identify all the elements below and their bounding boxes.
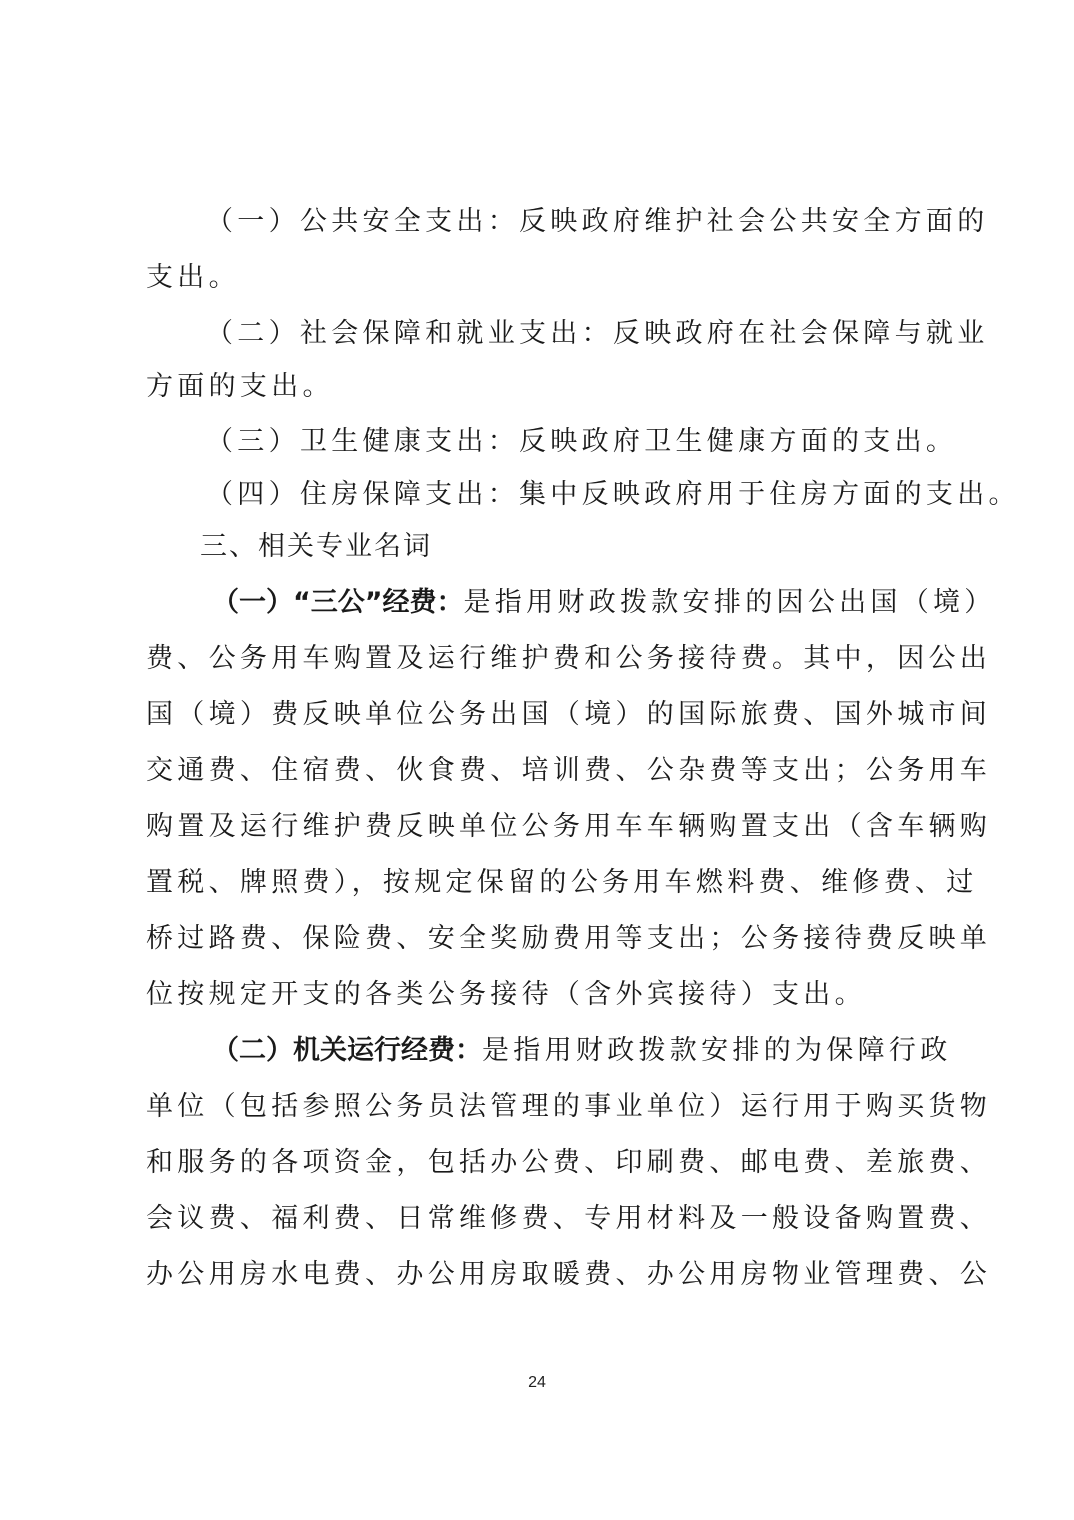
paragraph-public-security-line-2: 支出。 xyxy=(146,260,936,296)
term-three-public-expenses-line-1: （一）“三公”经费：是指用财政拨款安排的因公出国（境） xyxy=(212,585,936,621)
term-three-public-expenses-line: 交通费、住宿费、伙食费、培训费、公杂费等支出；公务用车 xyxy=(146,753,936,789)
term-agency-operating-expenses-line: 会议费、福利费、日常维修费、专用材料及一般设备购置费、 xyxy=(146,1201,936,1237)
document-page: （一）公共安全支出：反映政府维护社会公共安全方面的 支出。 （二）社会保障和就业… xyxy=(0,0,1074,1520)
term-three-public-expenses-line: 购置及运行维护费反映单位公务用车车辆购置支出（含车辆购 xyxy=(146,809,936,845)
term-definition-start: 是指用财政拨款安排的因公出国（境） xyxy=(464,587,996,618)
term-label-agency-operating-expenses: （二）机关运行经费： xyxy=(212,1035,482,1066)
term-agency-operating-expenses-line: 办公用房水电费、办公用房取暖费、办公用房物业管理费、公 xyxy=(146,1257,936,1293)
term-agency-operating-expenses-line-1: （二）机关运行经费：是指用财政拨款安排的为保障行政 xyxy=(212,1033,936,1069)
term-three-public-expenses-line: 桥过路费、保险费、安全奖励费用等支出；公务接待费反映单 xyxy=(146,921,936,957)
paragraph-housing: （四）住房保障支出：集中反映政府用于住房方面的支出。 xyxy=(206,477,936,513)
paragraph-social-security-line-2: 方面的支出。 xyxy=(146,369,936,405)
term-agency-operating-expenses-line: 单位（包括参照公务员法管理的事业单位）运行用于购买货物 xyxy=(146,1089,936,1125)
paragraph-social-security-line-1: （二）社会保障和就业支出：反映政府在社会保障与就业 xyxy=(206,316,936,352)
section-heading: 三、相关专业名词 xyxy=(200,529,990,565)
term-definition-start: 是指用财政拨款安排的为保障行政 xyxy=(482,1035,952,1066)
term-three-public-expenses-line: 置税、牌照费），按规定保留的公务用车燃料费、维修费、过 xyxy=(146,865,936,901)
paragraph-health: （三）卫生健康支出：反映政府卫生健康方面的支出。 xyxy=(206,424,936,460)
term-three-public-expenses-line: 国（境）费反映单位公务出国（境）的国际旅费、国外城市间 xyxy=(146,697,936,733)
term-three-public-expenses-line: 位按规定开支的各类公务接待（含外宾接待）支出。 xyxy=(146,977,936,1013)
page-number: 24 xyxy=(0,1374,1074,1392)
term-three-public-expenses-line: 费、公务用车购置及运行维护费和公务接待费。其中，因公出 xyxy=(146,641,936,677)
term-label-three-public-expenses: （一）“三公”经费： xyxy=(212,587,464,618)
term-agency-operating-expenses-line: 和服务的各项资金，包括办公费、印刷费、邮电费、差旅费、 xyxy=(146,1145,936,1181)
paragraph-public-security-line-1: （一）公共安全支出：反映政府维护社会公共安全方面的 xyxy=(206,204,936,240)
